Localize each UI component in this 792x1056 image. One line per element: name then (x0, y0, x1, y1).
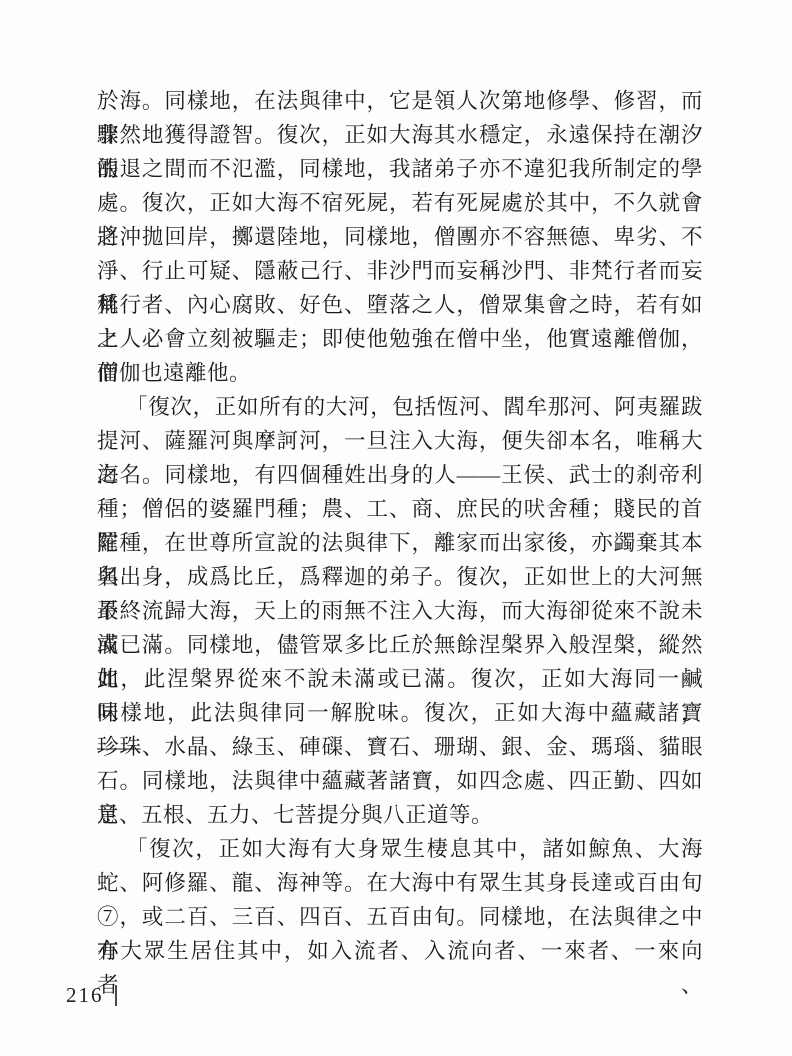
text-line: ⑦，或二百、三百、四百、五百由旬。同樣地，在法與律之中亦 (97, 900, 703, 934)
text-line: 處。復次，正如大海不宿死屍，若有死屍處於其中，不久就會將 (97, 186, 703, 220)
text-line: 同樣地，此法與律同一解脫味。復次，正如大海中蘊藏諸寶—— (97, 696, 703, 730)
page-footer: 216 (66, 982, 117, 1008)
text-line: 提河、薩羅河與摩訶河，一旦注入大海，便失卻本名，唯稱大海 (97, 424, 703, 458)
page-number-divider (115, 985, 117, 1006)
text-line: 僧伽也遠離他。 (97, 356, 703, 390)
text-line: 羅種，在世尊所宣說的法與律下，離家而出家後，亦蠲棄其本名 (97, 526, 703, 560)
page-number: 216 (66, 983, 104, 1008)
text-line: 珍珠、水晶、綠玉、硨磲、寶石、珊瑚、銀、金、瑪瑙、貓眼 (97, 730, 703, 764)
text-line: 最終流歸大海，天上的雨無不注入大海，而大海卻從來不說未滿 (97, 594, 703, 628)
text-line: 於海。同樣地，在法與律中，它是領人次第地修學、修習，而非 (97, 84, 703, 118)
text-line: 足、五根、五力、七菩提分與八正道等。 (97, 798, 703, 832)
text-line: 「復次，正如大海有大身眾生棲息其中，諸如鯨魚、大海 (97, 832, 703, 866)
text-line: 漲退之間而不氾濫，同樣地，我諸弟子亦不違犯我所制定的學 (97, 152, 703, 186)
text-line: 之人必會立刻被驅走；即使他勉強在僧中坐，他實遠離僧伽，而 (97, 322, 703, 356)
text-line: 「復次，正如所有的大河，包括恆河、閻牟那河、阿夷羅跋 (97, 390, 703, 424)
text-line: 或已滿。同樣地，儘管眾多比丘於無餘涅槃界入般涅槃，縱然如 (97, 628, 703, 662)
text-line: 石。同樣地，法與律中蘊藏著諸寶，如四念處、四正勤、四如意 (97, 764, 703, 798)
text-line: 淨、行止可疑、隱蔽己行、非沙門而妄稱沙門、非梵行者而妄稱 (97, 254, 703, 288)
text-line: 之名。同樣地，有四個種姓出身的人——王侯、武士的刹帝利 (97, 458, 703, 492)
text-line: 與出身，成爲比丘，爲釋迦的弟子。復次，正如世上的大河無不 (97, 560, 703, 594)
text-line: 驟然地獲得證智。復次，正如大海其水穩定，永遠保持在潮汐的 (97, 118, 703, 152)
text-line: 蛇、阿修羅、龍、海神等。在大海中有眾生其身長達或百由旬 (97, 866, 703, 900)
book-page: 於海。同樣地，在法與律中，它是領人次第地修學、修習，而非驟然地獲得證智。復次，正… (0, 0, 792, 1056)
text-line: 有大眾生居住其中，如入流者、入流向者、一來者、一來向者、 (97, 934, 703, 968)
text-line: 此，此涅槃界從來不說未滿或已滿。復次，正如大海同一鹹味， (97, 662, 703, 696)
text-line: 種；僧侶的婆羅門種；農、工、商、庶民的吠舍種；賤民的首陀 (97, 492, 703, 526)
body-text: 於海。同樣地，在法與律中，它是領人次第地修學、修習，而非驟然地獲得證智。復次，正… (97, 84, 703, 968)
text-line: 梵行者、內心腐敗、好色、墮落之人，僧眾集會之時，若有如上 (97, 288, 703, 322)
text-line: 之沖拋回岸，擲還陸地，同樣地，僧團亦不容無德、卑劣、不 (97, 220, 703, 254)
